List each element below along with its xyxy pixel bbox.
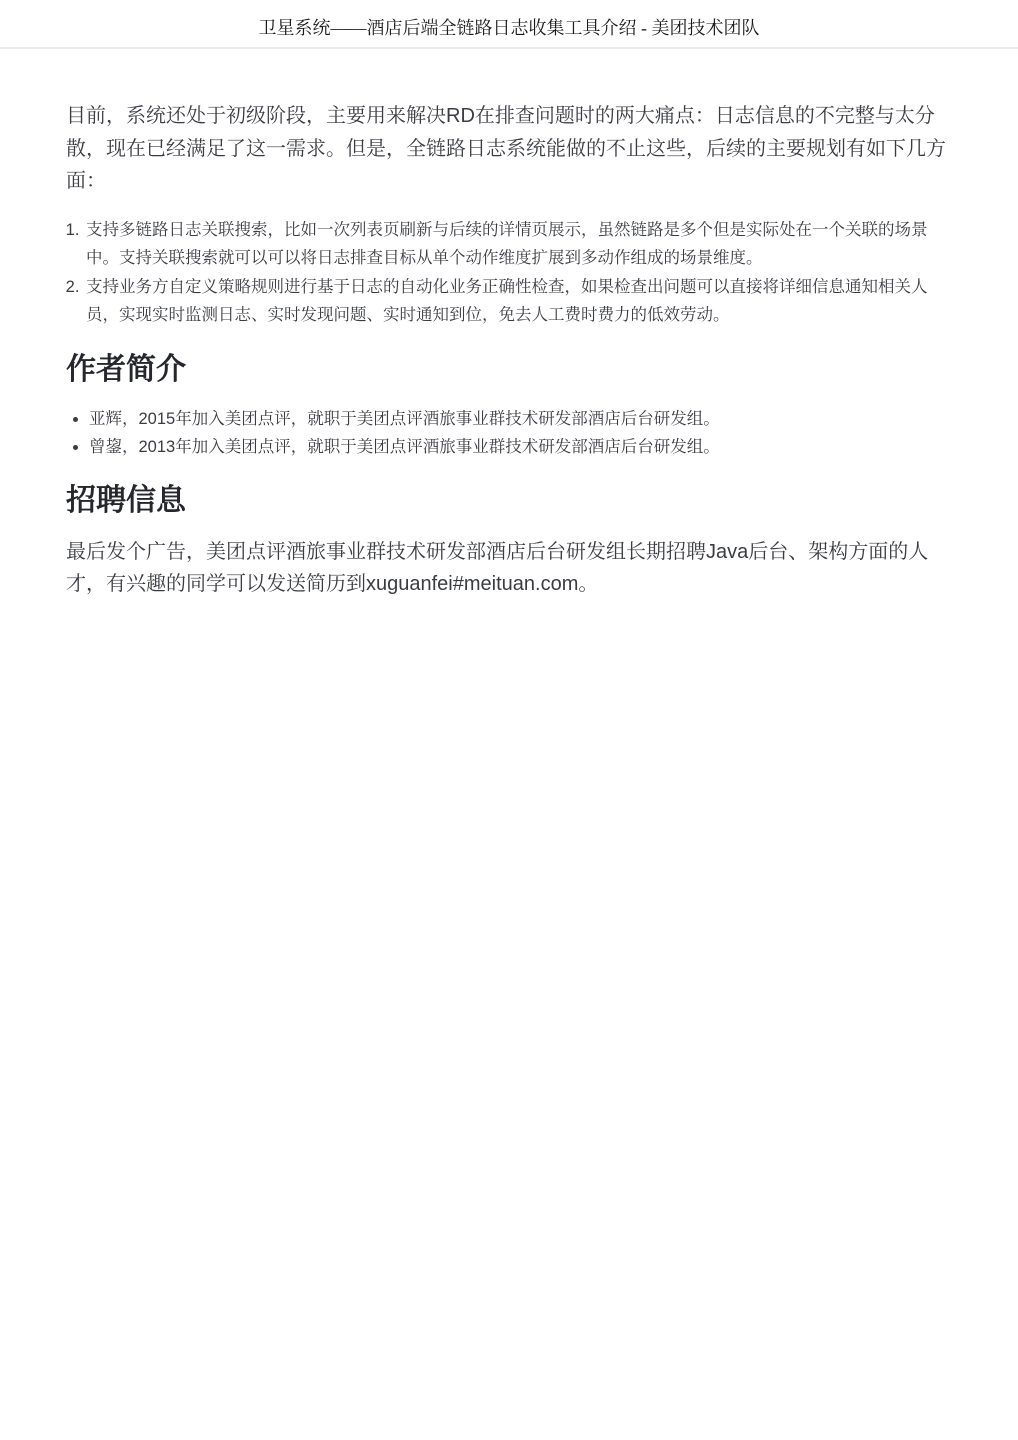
roadmap-item-2: 支持业务方自定义策略规则进行基于日志的自动化业务正确性检查，如果检查出问题可以直… — [84, 273, 952, 330]
page-title: 卫星系统——酒店后端全链路日志收集工具介绍 - 美团技术团队 — [259, 14, 760, 40]
roadmap-item-1: 支持多链路日志关联搜索，比如一次列表页刷新与后续的详情页展示，虽然链路是多个但是… — [84, 216, 952, 273]
author-item-2: 曾鋆，2013年加入美团点评，就职于美团点评酒旅事业群技术研发部酒店后台研发组。 — [89, 433, 952, 462]
hiring-paragraph: 最后发个广告，美团点评酒旅事业群技术研发部酒店后台研发组长期招聘Java后台、架… — [66, 536, 952, 601]
page: { "page": { "print_header": { "title": "… — [0, 0, 1018, 1440]
authors-section-heading: 作者简介 — [66, 352, 952, 388]
article-content: 目前，系统还处于初级阶段，主要用来解决RD在排查问题时的两大痛点：日志信息的不完… — [0, 100, 1018, 601]
authors-list: 亚辉，2015年加入美团点评，就职于美团点评酒旅事业群技术研发部酒店后台研发组。… — [66, 405, 952, 462]
print-page-header: 卫星系统——酒店后端全链路日志收集工具介绍 - 美团技术团队 — [0, 0, 1018, 49]
roadmap-list: 支持多链路日志关联搜索，比如一次列表页刷新与后续的详情页展示，虽然链路是多个但是… — [66, 216, 952, 330]
hiring-section-heading: 招聘信息 — [66, 483, 952, 519]
intro-paragraph: 目前，系统还处于初级阶段，主要用来解决RD在排查问题时的两大痛点：日志信息的不完… — [66, 100, 952, 198]
author-item-1: 亚辉，2015年加入美团点评，就职于美团点评酒旅事业群技术研发部酒店后台研发组。 — [89, 405, 952, 434]
